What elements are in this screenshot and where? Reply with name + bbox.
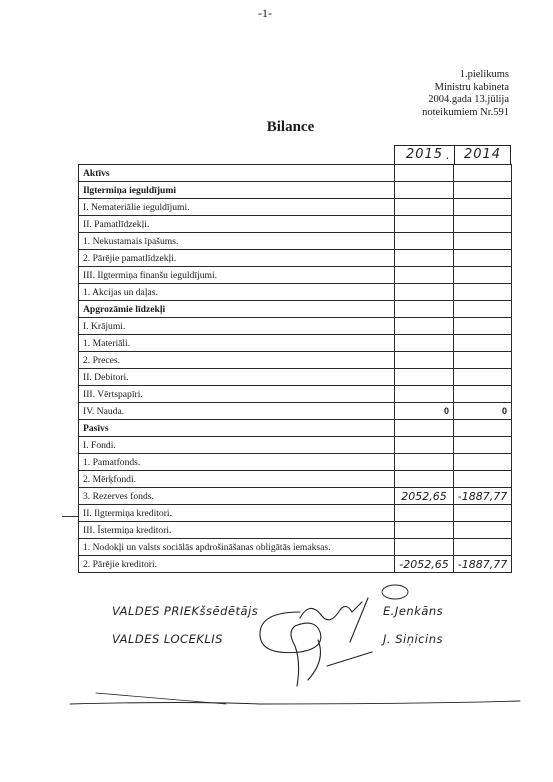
signature-scrawl-chairman <box>300 598 368 642</box>
bottom-rule <box>70 701 520 704</box>
signature-dash <box>327 652 372 666</box>
signature-scribbles <box>0 0 553 782</box>
row-circle-mark <box>382 585 408 599</box>
signature-scrawl-member <box>260 612 321 686</box>
